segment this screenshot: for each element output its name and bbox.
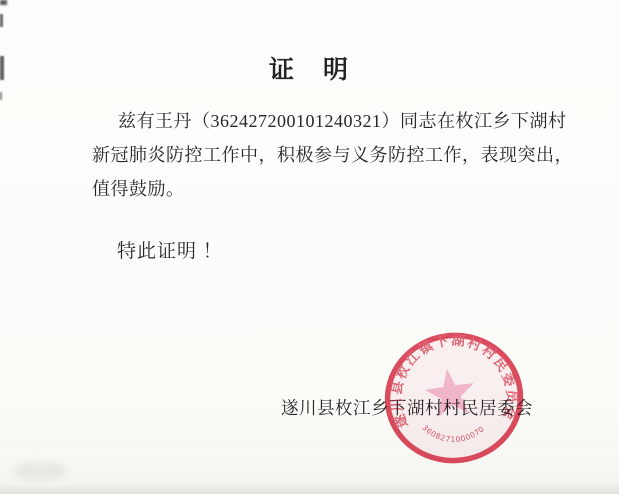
scan-artifact-shadow bbox=[0, 484, 619, 494]
certificate-title: 证 明 bbox=[0, 50, 619, 86]
closing-statement: 特此证明 ！ bbox=[117, 236, 223, 263]
official-seal: 遂川县枚江镇下湖村村民委员会 3608271000070 bbox=[373, 321, 535, 476]
scan-artifact-speck bbox=[0, 92, 2, 100]
body-line-3: 值得鼓励。 bbox=[92, 175, 185, 201]
body-line-2: 新冠肺炎防控工作中，积极参与义务防控工作，表现突出， bbox=[92, 141, 573, 167]
scanned-certificate-page: 证 明 兹有王丹（362427200101240321）同志在枚江乡下湖村 新冠… bbox=[0, 0, 619, 494]
scan-artifact-speck bbox=[0, 14, 3, 27]
scan-artifact-corner bbox=[0, 0, 7, 5]
body-line-1: 兹有王丹（362427200101240321）同志在枚江乡下湖村 bbox=[118, 107, 567, 133]
scan-artifact-smudge bbox=[12, 462, 68, 480]
